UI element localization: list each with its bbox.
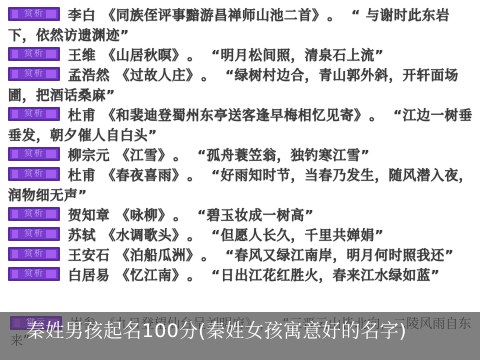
badge[interactable]: 赏析 — [8, 147, 60, 161]
poem-author: 杜甫 — [68, 168, 96, 184]
badge[interactable]: 赏析 — [8, 267, 60, 281]
poem-title[interactable]: 《忆江南》 — [116, 268, 179, 284]
badge[interactable]: 赏析 — [8, 247, 60, 261]
poem-quote: “明月松间照，清泉石上流” — [211, 48, 384, 64]
badge[interactable]: 赏析 — [8, 7, 60, 21]
poem-entry: 赏析贺知章《咏柳》。“碧玉妆成一树高” — [8, 206, 474, 226]
poem-entry: 赏析王安石《泊船瓜洲》。“春风又绿江南岸，明月何时照我还” — [8, 246, 474, 266]
poem-quote: “碧玉妆成一树高” — [197, 208, 314, 224]
poem-author: 王安石 — [68, 248, 110, 264]
separator: 。 — [187, 228, 201, 244]
poem-title[interactable]: 《江雪》 — [116, 148, 165, 164]
poem-entry: 赏析杜甫《春夜喜雨》。“好雨知时节，当春乃发生，随风潜入夜，润物细无声” — [8, 166, 474, 206]
poem-author: 杜甫 — [68, 108, 96, 124]
separator: 。 — [173, 208, 187, 224]
separator: 。 — [187, 48, 201, 64]
poem-author: 贺知章 — [68, 208, 110, 224]
poem-quote: “但愿人长久，千里共婵娟” — [211, 228, 384, 244]
poem-title[interactable]: 《同族侄评事黯游昌禅师山池二首》 — [102, 8, 319, 24]
badge[interactable]: 赏析 — [8, 227, 60, 241]
caption-overlay: 赏云岑参《九日登望仙台呈刘明府》，“三晋云山皆北向，二陵风雨自东来” 秦姓男孩起… — [0, 312, 480, 360]
badge[interactable]: 赏析 — [8, 47, 60, 61]
separator: 。 — [187, 168, 201, 184]
poem-author: 苏轼 — [68, 228, 96, 244]
separator: 。 — [369, 108, 383, 124]
poem-quote: “孤舟蓑笠翁，独钓寒江雪” — [197, 148, 370, 164]
badge[interactable]: 赏析 — [8, 167, 60, 181]
badge[interactable]: 赏析 — [8, 67, 60, 81]
caption-title: 秦姓男孩起名100分(秦姓女孩寓意好的名字) — [26, 318, 407, 344]
poem-author: 王维 — [68, 48, 96, 64]
separator: 。 — [201, 68, 215, 84]
poem-entry: 赏析孟浩然《过故人庄》。“绿树村边合，青山郭外斜，开轩面场圃，把酒话桑麻” — [8, 66, 474, 106]
poem-title[interactable]: 《山居秋暝》 — [102, 48, 179, 64]
poem-title[interactable]: 《春夜喜雨》 — [102, 168, 179, 184]
poem-author: 李白 — [68, 8, 96, 24]
poem-title[interactable]: 《咏柳》 — [116, 208, 165, 224]
poem-entry: 赏析柳宗元《江雪》。“孤舟蓑笠翁，独钓寒江雪” — [8, 146, 474, 166]
poem-quote: “春风又绿江南岸，明月何时照我还” — [225, 248, 454, 264]
poem-entry: 赏析杜甫《和裴迪登蜀州东亭送客逢早梅相忆见寄》。“江边一树垂垂发，朝夕催人自白头… — [8, 106, 474, 146]
poem-entry: 赏析王维《山居秋暝》。“明月松间照，清泉石上流” — [8, 46, 474, 66]
badge[interactable]: 赏析 — [8, 107, 60, 121]
poem-title[interactable]: 《泊船瓜洲》 — [116, 248, 193, 264]
separator: 。 — [201, 248, 215, 264]
poem-list: 赏析李白《同族侄评事黯游昌禅师山池二首》。“ 与谢时此东岩下，依然访遗渊迹” 赏… — [8, 6, 474, 286]
poem-entry: 赏析苏轼《水调歌头》。“但愿人长久，千里共婵娟” — [8, 226, 474, 246]
poem-title[interactable]: 《水调歌头》 — [102, 228, 179, 244]
separator: 。 — [327, 8, 341, 24]
poem-author: 柳宗元 — [68, 148, 110, 164]
poem-author: 白居易 — [68, 268, 110, 284]
poem-entry: 赏析白居易《忆江南》。“日出江花红胜火，春来江水绿如蓝” — [8, 266, 474, 286]
poem-title[interactable]: 《和裴迪登蜀州东亭送客逢早梅相忆见寄》 — [102, 108, 361, 124]
poem-title[interactable]: 《过故人庄》 — [116, 68, 193, 84]
poem-quote: “日出江花红胜火，春来江水绿如蓝” — [211, 268, 440, 284]
separator: 。 — [187, 268, 201, 284]
badge[interactable]: 赏析 — [8, 207, 60, 221]
poem-author: 孟浩然 — [68, 68, 110, 84]
separator: 。 — [173, 148, 187, 164]
poem-entry: 赏析李白《同族侄评事黯游昌禅师山池二首》。“ 与谢时此东岩下，依然访遗渊迹” — [8, 6, 474, 46]
